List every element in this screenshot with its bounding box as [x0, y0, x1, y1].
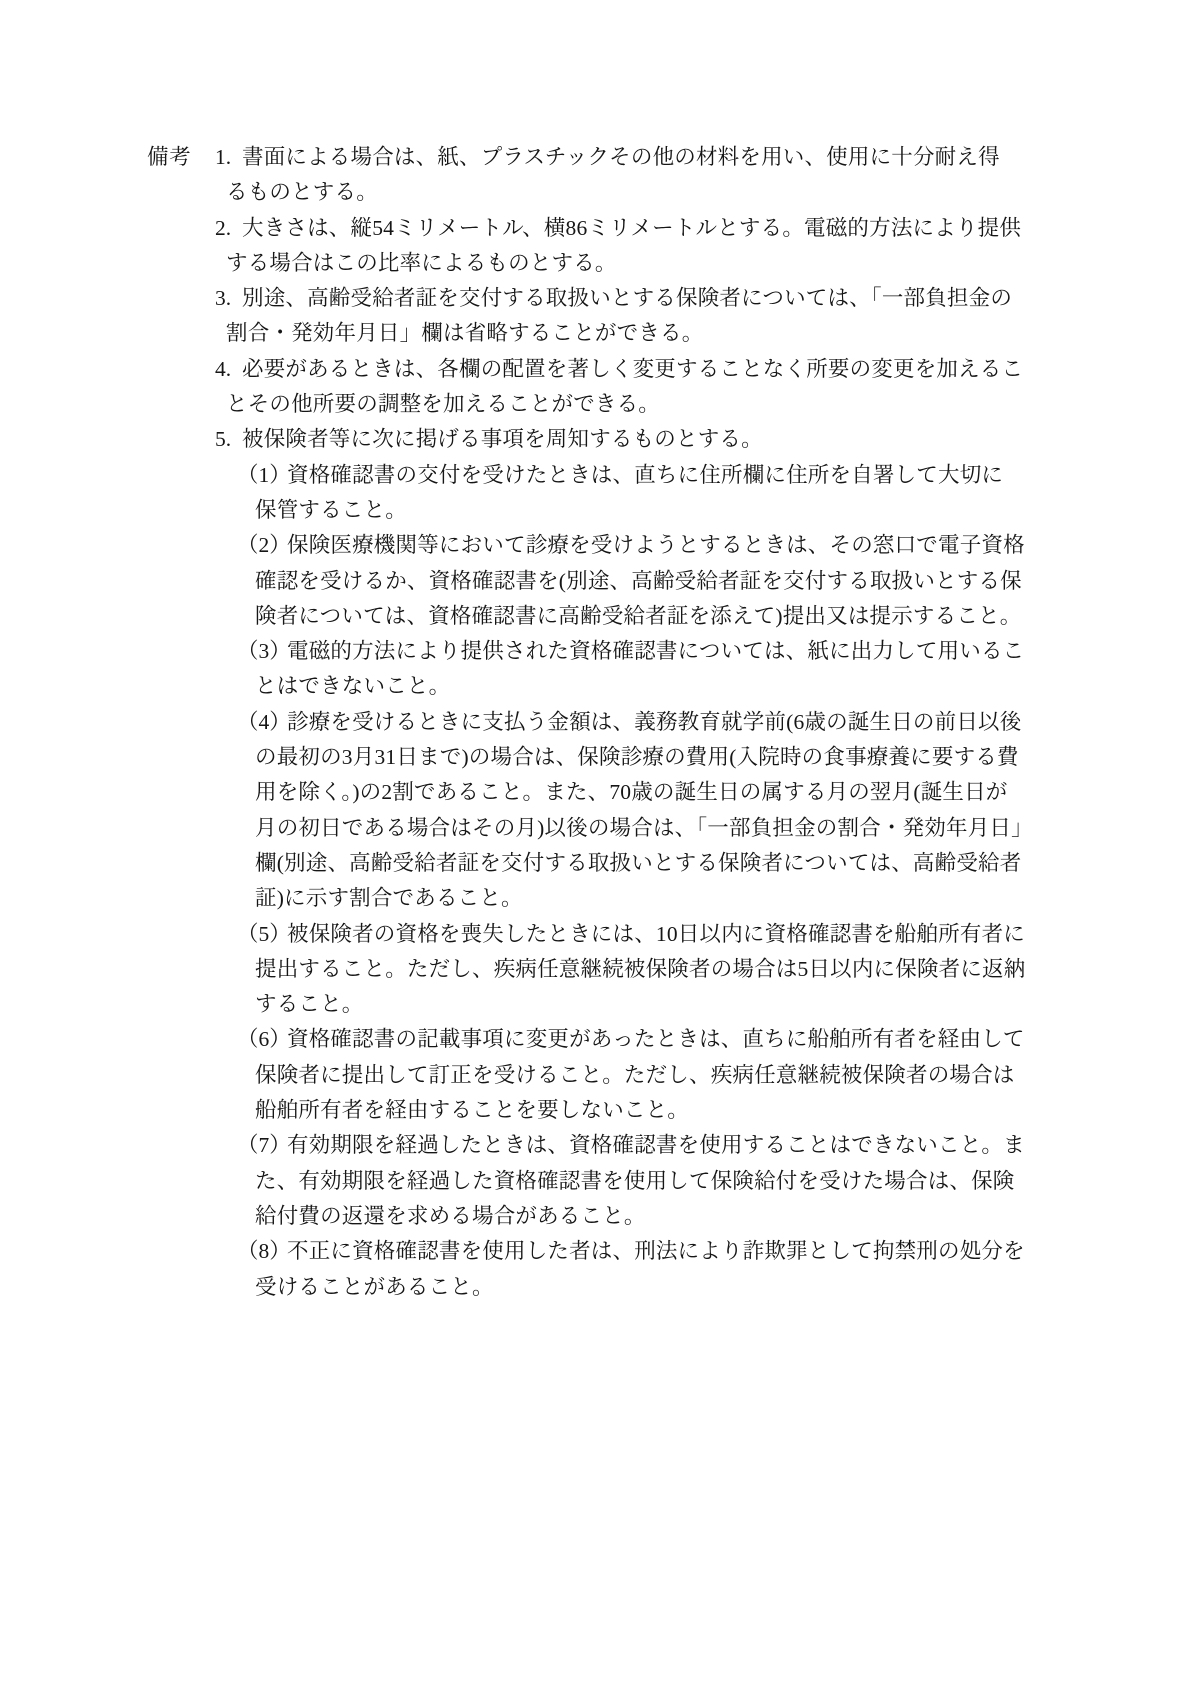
text-line: 有効期限を経過したときは、資格確認書を使用することはできないこと。ま — [287, 1128, 1075, 1163]
text-line: とはできないこと。 — [255, 669, 1075, 704]
text-line: 資格確認書の記載事項に変更があったときは、直ちに船舶所有者を経由して — [287, 1022, 1075, 1057]
text-line: 電磁的方法により提供された資格確認書については、紙に出力して用いるこ — [287, 634, 1075, 669]
text-line: 確認を受けるか、資格確認書を(別途、高齢受給者証を交付する取扱いとする保 — [255, 564, 1075, 599]
text-line: 保険医療機関等において診療を受けようとするときは、その窓口で電子資格 — [287, 528, 1075, 563]
text-line: 別途、高齢受給者証を交付する取扱いとする保険者については、「一部負担金の — [242, 281, 1075, 316]
document-page: 備考 1.書面による場合は、紙、プラスチックその他の材料を用い、使用に十分耐え得… — [0, 0, 1181, 1695]
remark-subitem: （6）資格確認書の記載事項に変更があったときは、直ちに船舶所有者を経由して保険者… — [215, 1022, 1075, 1128]
remark-item: 4.必要があるときは、各欄の配置を著しく変更することなく所要の変更を加えることそ… — [215, 352, 1075, 423]
text-line: 不正に資格確認書を使用した者は、刑法により詐欺罪として拘禁刑の処分を — [287, 1234, 1075, 1269]
text-line: 資格確認書の交付を受けたときは、直ちに住所欄に住所を自署して大切に — [287, 458, 1075, 493]
text-line: 険者については、資格確認書に高齢受給者証を添えて)提出又は提示すること。 — [255, 599, 1075, 634]
text-line: 割合・発効年月日」欄は省略することができる。 — [226, 316, 1075, 351]
text-line: 必要があるときは、各欄の配置を著しく変更することなく所要の変更を加えるこ — [242, 352, 1075, 387]
remark-subitem: （2）保険医療機関等において診療を受けようとするときは、その窓口で電子資格確認を… — [215, 528, 1075, 634]
text-line: 診療を受けるときに支払う金額は、義務教育就学前(6歳の誕生日の前日以後 — [287, 705, 1075, 740]
text-line: るものとする。 — [226, 175, 1075, 210]
text-line: 給付費の返還を求める場合があること。 — [255, 1199, 1075, 1234]
text-line: 書面による場合は、紙、プラスチックその他の材料を用い、使用に十分耐え得 — [242, 140, 1075, 175]
item-number: （2） — [237, 528, 291, 563]
item-number: 1. — [215, 140, 231, 175]
text-line: 月の初日である場合はその月)以後の場合は、「一部負担金の割合・発効年月日」 — [255, 811, 1075, 846]
text-line: 提出すること。ただし、疾病任意継続被保険者の場合は5日以内に保険者に返納 — [255, 952, 1075, 987]
item-number: （7） — [237, 1128, 291, 1163]
item-number: （6） — [237, 1022, 291, 1057]
text-line: た、有効期限を経過した資格確認書を使用して保険給付を受けた場合は、保険 — [255, 1164, 1075, 1199]
text-line: 船舶所有者を経由することを要しないこと。 — [255, 1093, 1075, 1128]
text-line: 欄(別途、高齢受給者証を交付する取扱いとする保険者については、高齢受給者 — [255, 846, 1075, 881]
text-line: すること。 — [255, 987, 1075, 1022]
item-number: 2. — [215, 211, 231, 246]
text-line: の最初の3月31日まで)の場合は、保険診療の費用(入院時の食事療養に要する費 — [255, 740, 1075, 775]
text-line: 被保険者等に次に掲げる事項を周知するものとする。 — [242, 422, 1075, 457]
text-line: 保管すること。 — [255, 493, 1075, 528]
text-line: 受けることがあること。 — [255, 1270, 1075, 1305]
remark-item: 2.大きさは、縦54ミリメートル、横86ミリメートルとする。電磁的方法により提供… — [215, 211, 1075, 282]
remark-item: 1.書面による場合は、紙、プラスチックその他の材料を用い、使用に十分耐え得るもの… — [215, 140, 1075, 211]
text-line: する場合はこの比率によるものとする。 — [226, 246, 1075, 281]
text-line: 用を除く。)の2割であること。また、70歳の誕生日の属する月の翌月(誕生日が — [255, 775, 1075, 810]
remark-subitem: （5）被保険者の資格を喪失したときには、10日以内に資格確認書を船舶所有者に提出… — [215, 917, 1075, 1023]
text-line: 証)に示す割合であること。 — [255, 881, 1075, 916]
remark-subitem: （4）診療を受けるときに支払う金額は、義務教育就学前(6歳の誕生日の前日以後の最… — [215, 705, 1075, 917]
item-number: 4. — [215, 352, 231, 387]
text-line: 保険者に提出して訂正を受けること。ただし、疾病任意継続被保険者の場合は — [255, 1058, 1075, 1093]
item-number: 5. — [215, 422, 231, 457]
text-line: 大きさは、縦54ミリメートル、横86ミリメートルとする。電磁的方法により提供 — [242, 211, 1075, 246]
remark-item: 3.別途、高齢受給者証を交付する取扱いとする保険者については、「一部負担金の割合… — [215, 281, 1075, 352]
remark-subitem: （3）電磁的方法により提供された資格確認書については、紙に出力して用いることはで… — [215, 634, 1075, 705]
remarks-list: 1.書面による場合は、紙、プラスチックその他の材料を用い、使用に十分耐え得るもの… — [215, 140, 1075, 1305]
text-line: とその他所要の調整を加えることができる。 — [226, 387, 1075, 422]
remarks-label: 備考 — [147, 140, 192, 175]
item-number: （8） — [237, 1234, 291, 1269]
remark-subitem: （8）不正に資格確認書を使用した者は、刑法により詐欺罪として拘禁刑の処分を受ける… — [215, 1234, 1075, 1305]
item-number: （3） — [237, 634, 291, 669]
remark-item: 5.被保険者等に次に掲げる事項を周知するものとする。 — [215, 422, 1075, 457]
item-number: 3. — [215, 281, 231, 316]
item-number: （1） — [237, 458, 291, 493]
text-line: 被保険者の資格を喪失したときには、10日以内に資格確認書を船舶所有者に — [287, 917, 1075, 952]
remark-subitem: （7）有効期限を経過したときは、資格確認書を使用することはできないこと。また、有… — [215, 1128, 1075, 1234]
item-number: （5） — [237, 917, 291, 952]
item-number: （4） — [237, 705, 291, 740]
remark-subitem: （1）資格確認書の交付を受けたときは、直ちに住所欄に住所を自署して大切に保管する… — [215, 458, 1075, 529]
